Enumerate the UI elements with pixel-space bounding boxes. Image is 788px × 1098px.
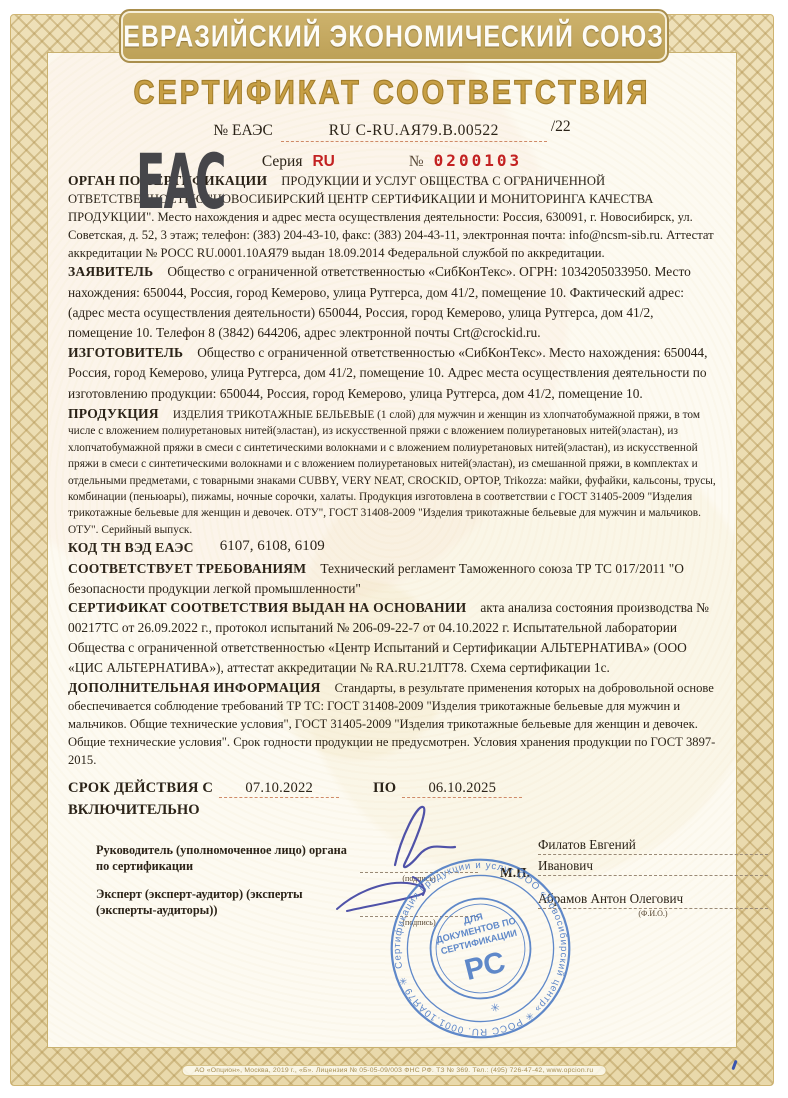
certificate-body: ЕАС СЕРТИФИКАТ СООТВЕТСТВИЯ № ЕАЭСRU C-R… (47, 52, 737, 1048)
printer-imprint: АО «Опцион», Москва, 2019 г., «Б». Лицен… (182, 1065, 607, 1076)
validity-label: СРОК ДЕЙСТВИЯ С (68, 780, 213, 796)
section-manufacturer-label: ИЗГОТОВИТЕЛЬ (68, 345, 183, 360)
section-applicant-text: Общество с ограниченной ответственностью… (68, 264, 691, 340)
section-hs-code: КОД ТН ВЭД ЕАЭС6107, 6108, 6109 (68, 538, 720, 559)
union-banner: ЕВРАЗИЙСКИЙ ЭКОНОМИЧЕСКИЙ СОЮЗ (121, 11, 667, 61)
certificate-title: СЕРТИФИКАТ СООТВЕТСТВИЯ (134, 75, 651, 113)
signature-zone: Руководитель (уполномоченное лицо) орган… (68, 829, 720, 947)
expert-signature-caption: (подпись) (360, 918, 478, 927)
section-products: ПРОДУКЦИЯИЗДЕЛИЯ ТРИКОТАЖНЫЕ БЕЛЬЕВЫЕ (1… (68, 404, 720, 538)
certificate-page: ЕВРАЗИЙСКИЙ ЭКОНОМИЧЕСКИЙ СОЮЗ ЕАС СЕРТИ… (0, 0, 788, 1098)
expert-name-line: Абрамов Антон Олегович (538, 891, 768, 909)
certificate-number-year: /22 (551, 118, 571, 136)
section-applicant: ЗАЯВИТЕЛЬОбщество с ограниченной ответст… (68, 262, 720, 343)
section-products-label: ПРОДУКЦИЯ (68, 406, 159, 421)
section-hs-code-label: КОД ТН ВЭД ЕАЭС (68, 540, 194, 555)
head-name-line1: Филатов Евгений (538, 837, 768, 855)
validity-from-date: 07.10.2022 (219, 780, 339, 798)
section-complies-with-label: СООТВЕТСТВУЕТ ТРЕБОВАНИЯМ (68, 561, 306, 576)
certificate-number-value: RU C-RU.АЯ79.В.00522 (281, 122, 547, 142)
section-applicant-label: ЗАЯВИТЕЛЬ (68, 264, 153, 279)
head-signature-caption: (подпись) (360, 874, 478, 883)
head-role-label: Руководитель (уполномоченное лицо) орган… (96, 843, 348, 875)
section-manufacturer: ИЗГОТОВИТЕЛЬОбщество с ограниченной отве… (68, 343, 720, 404)
section-hs-code-value: 6107, 6108, 6109 (220, 538, 325, 554)
blank-number-label: № (409, 153, 424, 170)
head-name: Филатов Евгений Иванович (538, 837, 768, 879)
certificate-number-label: № ЕАЭС (213, 122, 273, 139)
head-name-line2: Иванович (538, 858, 768, 876)
expert-name: Абрамов Антон Олегович (Ф.И.О.) (538, 891, 768, 918)
eac-logo: ЕАС (136, 145, 225, 220)
head-signature-line (360, 871, 478, 873)
section-additional-info: ДОПОЛНИТЕЛЬНАЯ ИНФОРМАЦИЯСтандарты, в ре… (68, 678, 720, 769)
section-issued-on-basis: СЕРТИФИКАТ СООТВЕТСТВИЯ ВЫДАН НА ОСНОВАН… (68, 598, 720, 679)
series-value: RU (312, 153, 334, 170)
section-issued-on-basis-label: СЕРТИФИКАТ СООТВЕТСТВИЯ ВЫДАН НА ОСНОВАН… (68, 600, 466, 615)
blank-number-value: 0200103 (434, 151, 522, 170)
validity-period-line: СРОК ДЕЙСТВИЯ С07.10.2022ПО06.10.2025 (68, 780, 720, 798)
validity-to-date: 06.10.2025 (402, 780, 522, 798)
certificate-sections: ОРГАН ПО СЕРТИФИКАЦИИПРОДУКЦИИ И УСЛУГ О… (48, 171, 736, 947)
union-banner-text: ЕВРАЗИЙСКИЙ ЭКОНОМИЧЕСКИЙ СОЮЗ (124, 18, 665, 55)
fio-caption: (Ф.И.О.) (538, 909, 768, 918)
series-label: Серия (262, 153, 303, 170)
seal-placeholder-label: М.П. (500, 865, 530, 881)
section-additional-info-label: ДОПОЛНИТЕЛЬНАЯ ИНФОРМАЦИЯ (68, 680, 321, 695)
section-complies-with: СООТВЕТСТВУЕТ ТРЕБОВАНИЯМТехнический рег… (68, 559, 720, 597)
validity-inclusive: ВКЛЮЧИТЕЛЬНО (68, 802, 720, 819)
expert-signature-line (360, 915, 478, 917)
expert-role-label: Эксперт (эксперт-аудитор) (эксперты (экс… (96, 887, 348, 919)
validity-to-label: ПО (373, 780, 396, 796)
section-products-text: ИЗДЕЛИЯ ТРИКОТАЖНЫЕ БЕЛЬЕВЫЕ (1 слой) дл… (68, 409, 716, 536)
